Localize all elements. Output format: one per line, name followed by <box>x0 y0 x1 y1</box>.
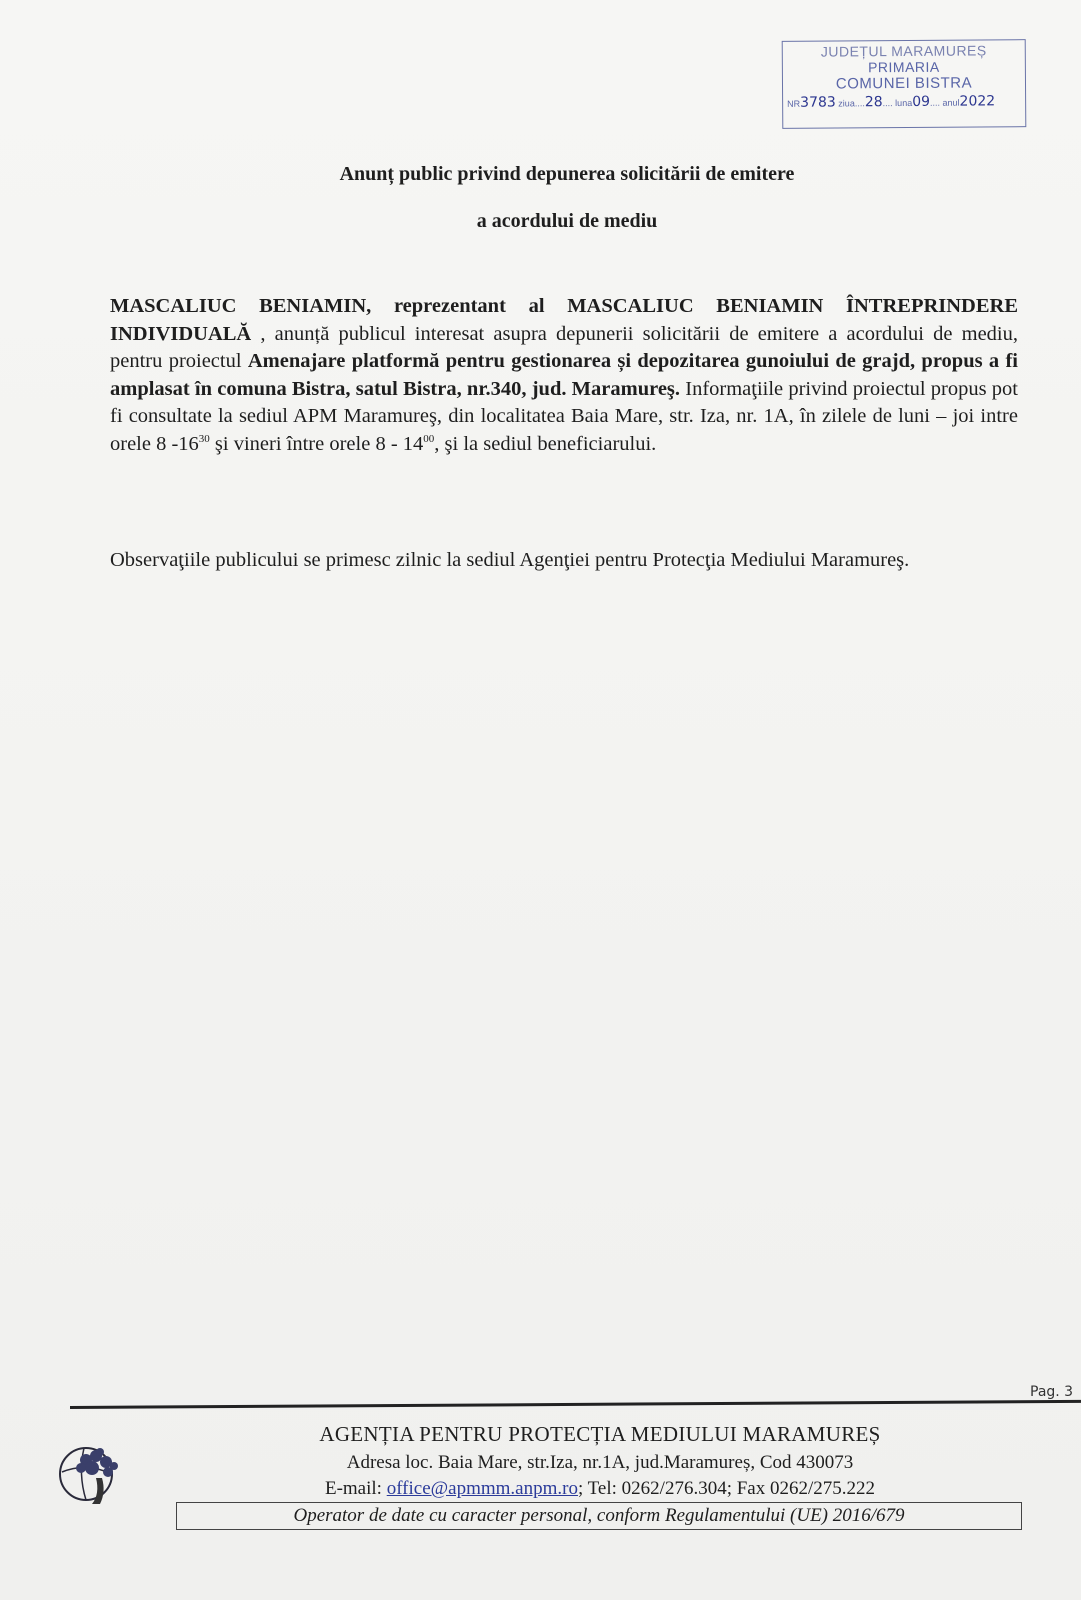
applicant-role: reprezentant al <box>394 295 545 317</box>
footer-address: Adresa loc. Baia Mare, str.Iza, nr.1A, j… <box>180 1452 1020 1474</box>
stamp-year-label: anul <box>942 98 959 108</box>
announcement-text-3: şi vineri între orele 8 - 14 <box>210 433 423 455</box>
stamp-month-value: 09 <box>912 94 930 110</box>
document-title-line2: a acordului de mediu <box>0 210 1081 233</box>
page-number: Pag. 3 <box>1030 1384 1073 1400</box>
footer-email-label: E-mail: <box>325 1478 387 1499</box>
footer-divider <box>70 1400 1081 1409</box>
stamp-day-label: ziua <box>838 98 855 108</box>
apm-tree-globe-logo-icon <box>56 1432 126 1512</box>
stamp-month-label: luna <box>895 98 912 108</box>
hour-superscript-2: 00 <box>423 433 434 445</box>
stamp-county: JUDEȚUL MARAMUREȘ <box>783 42 1025 60</box>
stamp-office: PRIMARIA <box>783 58 1025 76</box>
footer-email-link[interactable]: office@apmmm.anpm.ro <box>387 1478 578 1499</box>
footer-contact: E-mail: office@apmmm.anpm.ro; Tel: 0262/… <box>180 1478 1020 1500</box>
footer-gdpr-notice: Operator de date cu caracter personal, c… <box>176 1502 1022 1530</box>
registration-stamp: JUDEȚUL MARAMUREȘ PRIMARIA COMUNEI BISTR… <box>782 39 1027 129</box>
stamp-commune: COMUNEI BISTRA <box>783 74 1025 93</box>
announcement-paragraph: MASCALIUC BENIAMIN, reprezentant al MASC… <box>110 293 1018 458</box>
announcement-text-4: , şi la sediul beneficiarului. <box>434 433 656 455</box>
applicant-name: MASCALIUC BENIAMIN, <box>110 295 371 317</box>
footer-phone-fax: ; Tel: 0262/276.304; Fax 0262/275.222 <box>578 1478 875 1499</box>
stamp-day-value: 28 <box>865 94 883 110</box>
stamp-nr-value: 3783 <box>800 94 836 110</box>
hour-superscript-1: 30 <box>199 433 210 445</box>
footer-agency-name: AGENȚIA PENTRU PROTECȚIA MEDIULUI MARAMU… <box>180 1422 1020 1447</box>
observations-paragraph: Observaţiile publicului se primesc zilni… <box>110 547 1018 575</box>
stamp-nr-label: NR <box>787 99 800 109</box>
document-title-line1: Anunț public privind depunerea solicităr… <box>0 163 1081 186</box>
stamp-registration-line: NR3783 ziua....28.... luna09.... anul202… <box>783 93 1025 111</box>
stamp-year-value: 2022 <box>959 93 995 109</box>
